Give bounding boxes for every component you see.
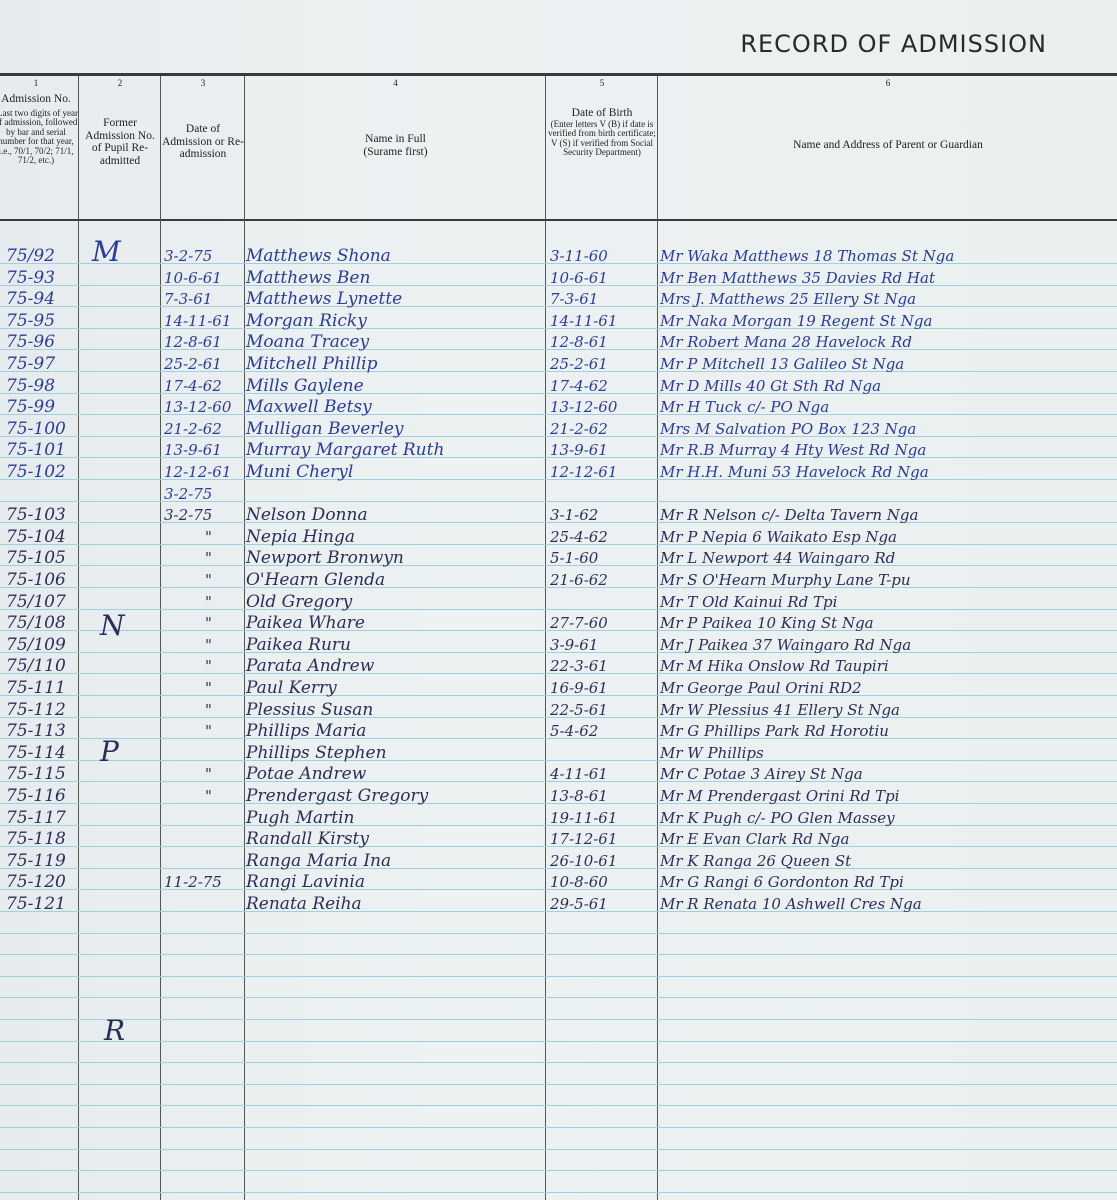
column-header-former-admission: 2 Former Admission No. of Pupil Re-admit… <box>80 78 160 218</box>
parent-guardian-cell: Mr P Paikea 10 King St Nga <box>660 613 874 634</box>
admission-no-cell: 75-98 <box>6 376 55 397</box>
parent-guardian-cell: Mr J Paikea 37 Waingaro Rd Nga <box>660 635 911 656</box>
parent-guardian-cell: Mr C Potae 3 Airey St Nga <box>660 764 863 785</box>
full-name-cell: Parata Andrew <box>246 656 374 677</box>
admission-date-cell: 14-11-61 <box>164 311 231 332</box>
section-letter-r: R <box>104 1017 125 1045</box>
column-number: 2 <box>80 78 160 89</box>
date-of-birth-cell: 13-8-61 <box>550 786 608 807</box>
admission-no-cell: 75-115 <box>6 764 66 785</box>
section-letter-m: M <box>92 238 121 266</box>
full-name-cell: Matthews Ben <box>246 268 370 289</box>
date-of-birth-cell: 13-12-60 <box>550 397 617 418</box>
parent-guardian-cell: Mr E Evan Clark Rd Nga <box>660 829 849 850</box>
full-name-cell: Nepia Hinga <box>246 527 355 548</box>
parent-guardian-cell: Mr Ben Matthews 35 Davies Rd Hat <box>660 268 935 289</box>
date-of-birth-cell: 12-12-61 <box>550 462 617 483</box>
column-note: (Surame first) <box>246 146 545 159</box>
date-of-birth-cell: 22-3-61 <box>550 656 608 677</box>
page-title: RECORD OF ADMISSION <box>740 30 1047 58</box>
ruled-line <box>0 609 1117 610</box>
date-of-birth-cell: 27-7-60 <box>550 613 608 634</box>
full-name-cell: Newport Bronwyn <box>246 548 404 569</box>
parent-guardian-cell: Mr W Plessius 41 Ellery St Nga <box>660 700 900 721</box>
column-heading: Date of Birth <box>547 107 657 120</box>
column-header-parent-guardian: 6 Name and Address of Parent or Guardian <box>659 78 1117 218</box>
full-name-cell: Nelson Donna <box>246 505 368 526</box>
admission-date-cell: 7-3-61 <box>164 289 212 310</box>
parent-guardian-cell: Mr Robert Mana 28 Havelock Rd <box>660 332 912 353</box>
admission-no-cell: 75-113 <box>6 721 66 742</box>
parent-guardian-cell: Mr H.H. Muni 53 Havelock Rd Nga <box>660 462 929 483</box>
admission-date-cell: 25-2-61 <box>164 354 222 375</box>
admission-date-cell: 17-4-62 <box>164 376 222 397</box>
date-of-birth-cell: 14-11-61 <box>550 311 617 332</box>
header-bottom-rule <box>0 219 1117 221</box>
parent-guardian-cell: Mr H Tuck c/- PO Nga <box>660 397 829 418</box>
admission-no-cell: 75-120 <box>6 872 66 893</box>
admission-no-cell: 75-116 <box>6 786 66 807</box>
parent-guardian-cell: Mr George Paul Orini RD2 <box>660 678 862 699</box>
date-of-birth-cell: 10-6-61 <box>550 268 608 289</box>
full-name-cell: Morgan Ricky <box>246 311 367 332</box>
date-of-birth-cell: 17-12-61 <box>550 829 617 850</box>
date-of-birth-cell: 22-5-61 <box>550 700 608 721</box>
full-name-cell: Mills Gaylene <box>246 376 364 397</box>
parent-guardian-cell: Mr R Nelson c/- Delta Tavern Nga <box>660 505 918 526</box>
column-number: 4 <box>246 78 545 89</box>
parent-guardian-cell: Mrs J. Matthews 25 Ellery St Nga <box>660 289 916 310</box>
full-name-cell: Prendergast Gregory <box>246 786 428 807</box>
admission-no-cell: 75-118 <box>6 829 66 850</box>
admission-date-cell: 3-2-75 <box>164 246 212 267</box>
date-of-birth-cell: 21-2-62 <box>550 419 608 440</box>
parent-guardian-cell: Mr Waka Matthews 18 Thomas St Nga <box>660 246 954 267</box>
ruled-line <box>0 997 1117 998</box>
admission-no-cell: 75-102 <box>6 462 66 483</box>
parent-guardian-cell: Mr S O'Hearn Murphy Lane T-pu <box>660 570 911 591</box>
ruled-line <box>0 1062 1117 1063</box>
date-of-birth-cell: 5-1-60 <box>550 548 598 569</box>
column-number: 6 <box>659 78 1117 89</box>
date-of-birth-cell: 10-8-60 <box>550 872 608 893</box>
column-divider <box>244 76 245 1200</box>
parent-guardian-cell: Mr K Pugh c/- PO Glen Massey <box>660 808 895 829</box>
parent-guardian-cell: Mr W Phillips <box>660 743 764 764</box>
date-of-birth-cell: 4-11-61 <box>550 764 608 785</box>
column-heading: Name in Full <box>246 133 545 146</box>
date-of-birth-cell: 13-9-61 <box>550 440 608 461</box>
admission-no-cell: 75-93 <box>6 268 55 289</box>
parent-guardian-cell: Mr M Prendergast Orini Rd Tpi <box>660 786 899 807</box>
admission-no-cell: 75-104 <box>6 527 66 548</box>
date-of-birth-cell: 3-9-61 <box>550 635 598 656</box>
ruled-line <box>0 1041 1117 1042</box>
full-name-cell: Matthews Shona <box>246 246 391 267</box>
admission-date-cell: " <box>205 700 212 721</box>
parent-guardian-cell: Mr P Mitchell 13 Galileo St Nga <box>660 354 904 375</box>
full-name-cell: Old Gregory <box>246 592 352 613</box>
date-of-birth-cell: 7-3-61 <box>550 289 598 310</box>
date-of-birth-cell: 25-4-62 <box>550 527 608 548</box>
admission-no-cell: 75-111 <box>6 678 66 699</box>
column-number: 5 <box>547 78 657 89</box>
date-of-birth-cell: 12-8-61 <box>550 332 608 353</box>
column-divider <box>160 76 161 1200</box>
date-of-birth-cell: 26-10-61 <box>550 851 617 872</box>
admission-date-cell: 3-2-75 <box>164 484 212 505</box>
admission-no-cell: 75-117 <box>6 808 66 829</box>
admission-date-cell: 21-2-62 <box>164 419 222 440</box>
parent-guardian-cell: Mr G Rangi 6 Gordonton Rd Tpi <box>660 872 904 893</box>
full-name-cell: Maxwell Betsy <box>246 397 372 418</box>
admission-no-cell: 75-119 <box>6 851 66 872</box>
full-name-cell: Paikea Whare <box>246 613 365 634</box>
admission-date-cell: " <box>205 613 212 634</box>
admission-no-cell: 75/110 <box>6 656 66 677</box>
admission-no-cell: 75-101 <box>6 440 66 461</box>
parent-guardian-cell: Mr T Old Kainui Rd Tpi <box>660 592 837 613</box>
admission-date-cell: " <box>205 548 212 569</box>
admission-date-cell: 3-2-75 <box>164 505 212 526</box>
parent-guardian-cell: Mr G Phillips Park Rd Horotiu <box>660 721 889 742</box>
admission-no-cell: 75/107 <box>6 592 66 613</box>
date-of-birth-cell: 19-11-61 <box>550 808 617 829</box>
admission-no-cell: 75-97 <box>6 354 55 375</box>
ruled-line <box>0 1192 1117 1193</box>
admission-no-cell: 75/92 <box>6 246 55 267</box>
date-of-birth-cell: 25-2-61 <box>550 354 608 375</box>
full-name-cell: Pugh Martin <box>246 808 355 829</box>
column-number: 1 <box>0 78 78 89</box>
ruled-line <box>0 1170 1117 1171</box>
ruled-line <box>0 954 1117 955</box>
section-letter-p: P <box>100 738 119 766</box>
column-divider <box>545 76 546 1200</box>
parent-guardian-cell: Mr D Mills 40 Gt Sth Rd Nga <box>660 376 881 397</box>
date-of-birth-cell: 3-11-60 <box>550 246 608 267</box>
admission-date-cell: 13-12-60 <box>164 397 231 418</box>
header-top-rule <box>0 73 1117 76</box>
column-number: 3 <box>162 78 244 89</box>
admission-date-cell: " <box>205 764 212 785</box>
full-name-cell: Phillips Stephen <box>246 743 387 764</box>
admission-no-cell: 75-94 <box>6 289 55 310</box>
full-name-cell: Potae Andrew <box>246 764 366 785</box>
admission-date-cell: 13-9-61 <box>164 440 222 461</box>
date-of-birth-cell: 5-4-62 <box>550 721 598 742</box>
column-divider <box>657 76 658 1200</box>
ruled-line <box>0 976 1117 977</box>
parent-guardian-cell: Mr M Hika Onslow Rd Taupiri <box>660 656 889 677</box>
full-name-cell: Renata Reiha <box>246 894 362 915</box>
full-name-cell: Ranga Maria Ina <box>246 851 391 872</box>
admission-register-page: RECORD OF ADMISSION 1 Admission No. (Las… <box>0 0 1117 1200</box>
ruled-line <box>0 933 1117 934</box>
admission-no-cell: 75/109 <box>6 635 66 656</box>
admission-no-cell: 75-112 <box>6 700 66 721</box>
section-letter-n: N <box>100 612 125 640</box>
full-name-cell: Paikea Ruru <box>246 635 351 656</box>
admission-date-cell: 11-2-75 <box>164 872 222 893</box>
admission-date-cell: " <box>205 592 212 613</box>
full-name-cell: Randall Kirsty <box>246 829 369 850</box>
full-name-cell: Mitchell Phillip <box>246 354 378 375</box>
column-heading: Date of Admission or Re-admission <box>162 123 244 161</box>
admission-date-cell: " <box>205 635 212 656</box>
full-name-cell: Matthews Lynette <box>246 289 402 310</box>
full-name-cell: Moana Tracey <box>246 332 369 353</box>
date-of-birth-cell: 29-5-61 <box>550 894 608 915</box>
column-note: (Enter letters V (B) if date is verified… <box>547 120 657 158</box>
column-note: (Last two digits of year of admission, f… <box>0 109 78 166</box>
full-name-cell: Rangi Lavinia <box>246 872 365 893</box>
admission-no-cell: 75/108 <box>6 613 66 634</box>
full-name-cell: Phillips Maria <box>246 721 366 742</box>
ruled-line <box>0 1019 1117 1020</box>
full-name-cell: Murray Margaret Ruth <box>246 440 444 461</box>
ruled-line <box>0 1127 1117 1128</box>
admission-no-cell: 75-105 <box>6 548 66 569</box>
admission-date-cell: " <box>205 527 212 548</box>
full-name-cell: Plessius Susan <box>246 700 373 721</box>
parent-guardian-cell: Mr K Ranga 26 Queen St <box>660 851 851 872</box>
column-divider <box>78 76 79 1200</box>
parent-guardian-cell: Mr R Renata 10 Ashwell Cres Nga <box>660 894 922 915</box>
parent-guardian-cell: Mr P Nepia 6 Waikato Esp Nga <box>660 527 897 548</box>
date-of-birth-cell: 16-9-61 <box>550 678 608 699</box>
ruled-line <box>0 1149 1117 1150</box>
admission-no-cell: 75-121 <box>6 894 66 915</box>
full-name-cell: O'Hearn Glenda <box>246 570 385 591</box>
parent-guardian-cell: Mr R.B Murray 4 Hty West Rd Nga <box>660 440 926 461</box>
admission-no-cell: 75-99 <box>6 397 55 418</box>
ruled-line <box>0 1105 1117 1106</box>
admission-date-cell: " <box>205 656 212 677</box>
date-of-birth-cell: 17-4-62 <box>550 376 608 397</box>
admission-no-cell: 75-114 <box>6 743 66 764</box>
ruled-line <box>0 1084 1117 1085</box>
column-heading: Name and Address of Parent or Guardian <box>659 139 1117 152</box>
admission-date-cell: 10-6-61 <box>164 268 222 289</box>
date-of-birth-cell: 3-1-62 <box>550 505 598 526</box>
admission-date-cell: 12-12-61 <box>164 462 231 483</box>
admission-date-cell: 12-8-61 <box>164 332 222 353</box>
admission-no-cell: 75-96 <box>6 332 55 353</box>
admission-no-cell: 75-95 <box>6 311 55 332</box>
parent-guardian-cell: Mrs M Salvation PO Box 123 Nga <box>660 419 916 440</box>
admission-no-cell: 75-103 <box>6 505 66 526</box>
admission-no-cell: 75-100 <box>6 419 66 440</box>
ruled-line <box>0 760 1117 761</box>
parent-guardian-cell: Mr Naka Morgan 19 Regent St Nga <box>660 311 932 332</box>
admission-date-cell: " <box>205 786 212 807</box>
column-header-name-in-full: 4 Name in Full (Surame first) <box>246 78 545 218</box>
column-header-date-of-birth: 5 Date of Birth (Enter letters V (B) if … <box>547 78 657 218</box>
column-heading: Admission No. <box>0 93 78 106</box>
date-of-birth-cell: 21-6-62 <box>550 570 608 591</box>
column-header-date-of-admission: 3 Date of Admission or Re-admission <box>162 78 244 218</box>
admission-date-cell: " <box>205 570 212 591</box>
column-header-admission-no: 1 Admission No. (Last two digits of year… <box>0 78 78 218</box>
admission-date-cell: " <box>205 678 212 699</box>
full-name-cell: Mulligan Beverley <box>246 419 403 440</box>
full-name-cell: Paul Kerry <box>246 678 337 699</box>
column-heading: Former Admission No. of Pupil Re-admitte… <box>80 117 160 167</box>
admission-date-cell: " <box>205 721 212 742</box>
parent-guardian-cell: Mr L Newport 44 Waingaro Rd <box>660 548 895 569</box>
admission-no-cell: 75-106 <box>6 570 66 591</box>
full-name-cell: Muni Cheryl <box>246 462 353 483</box>
